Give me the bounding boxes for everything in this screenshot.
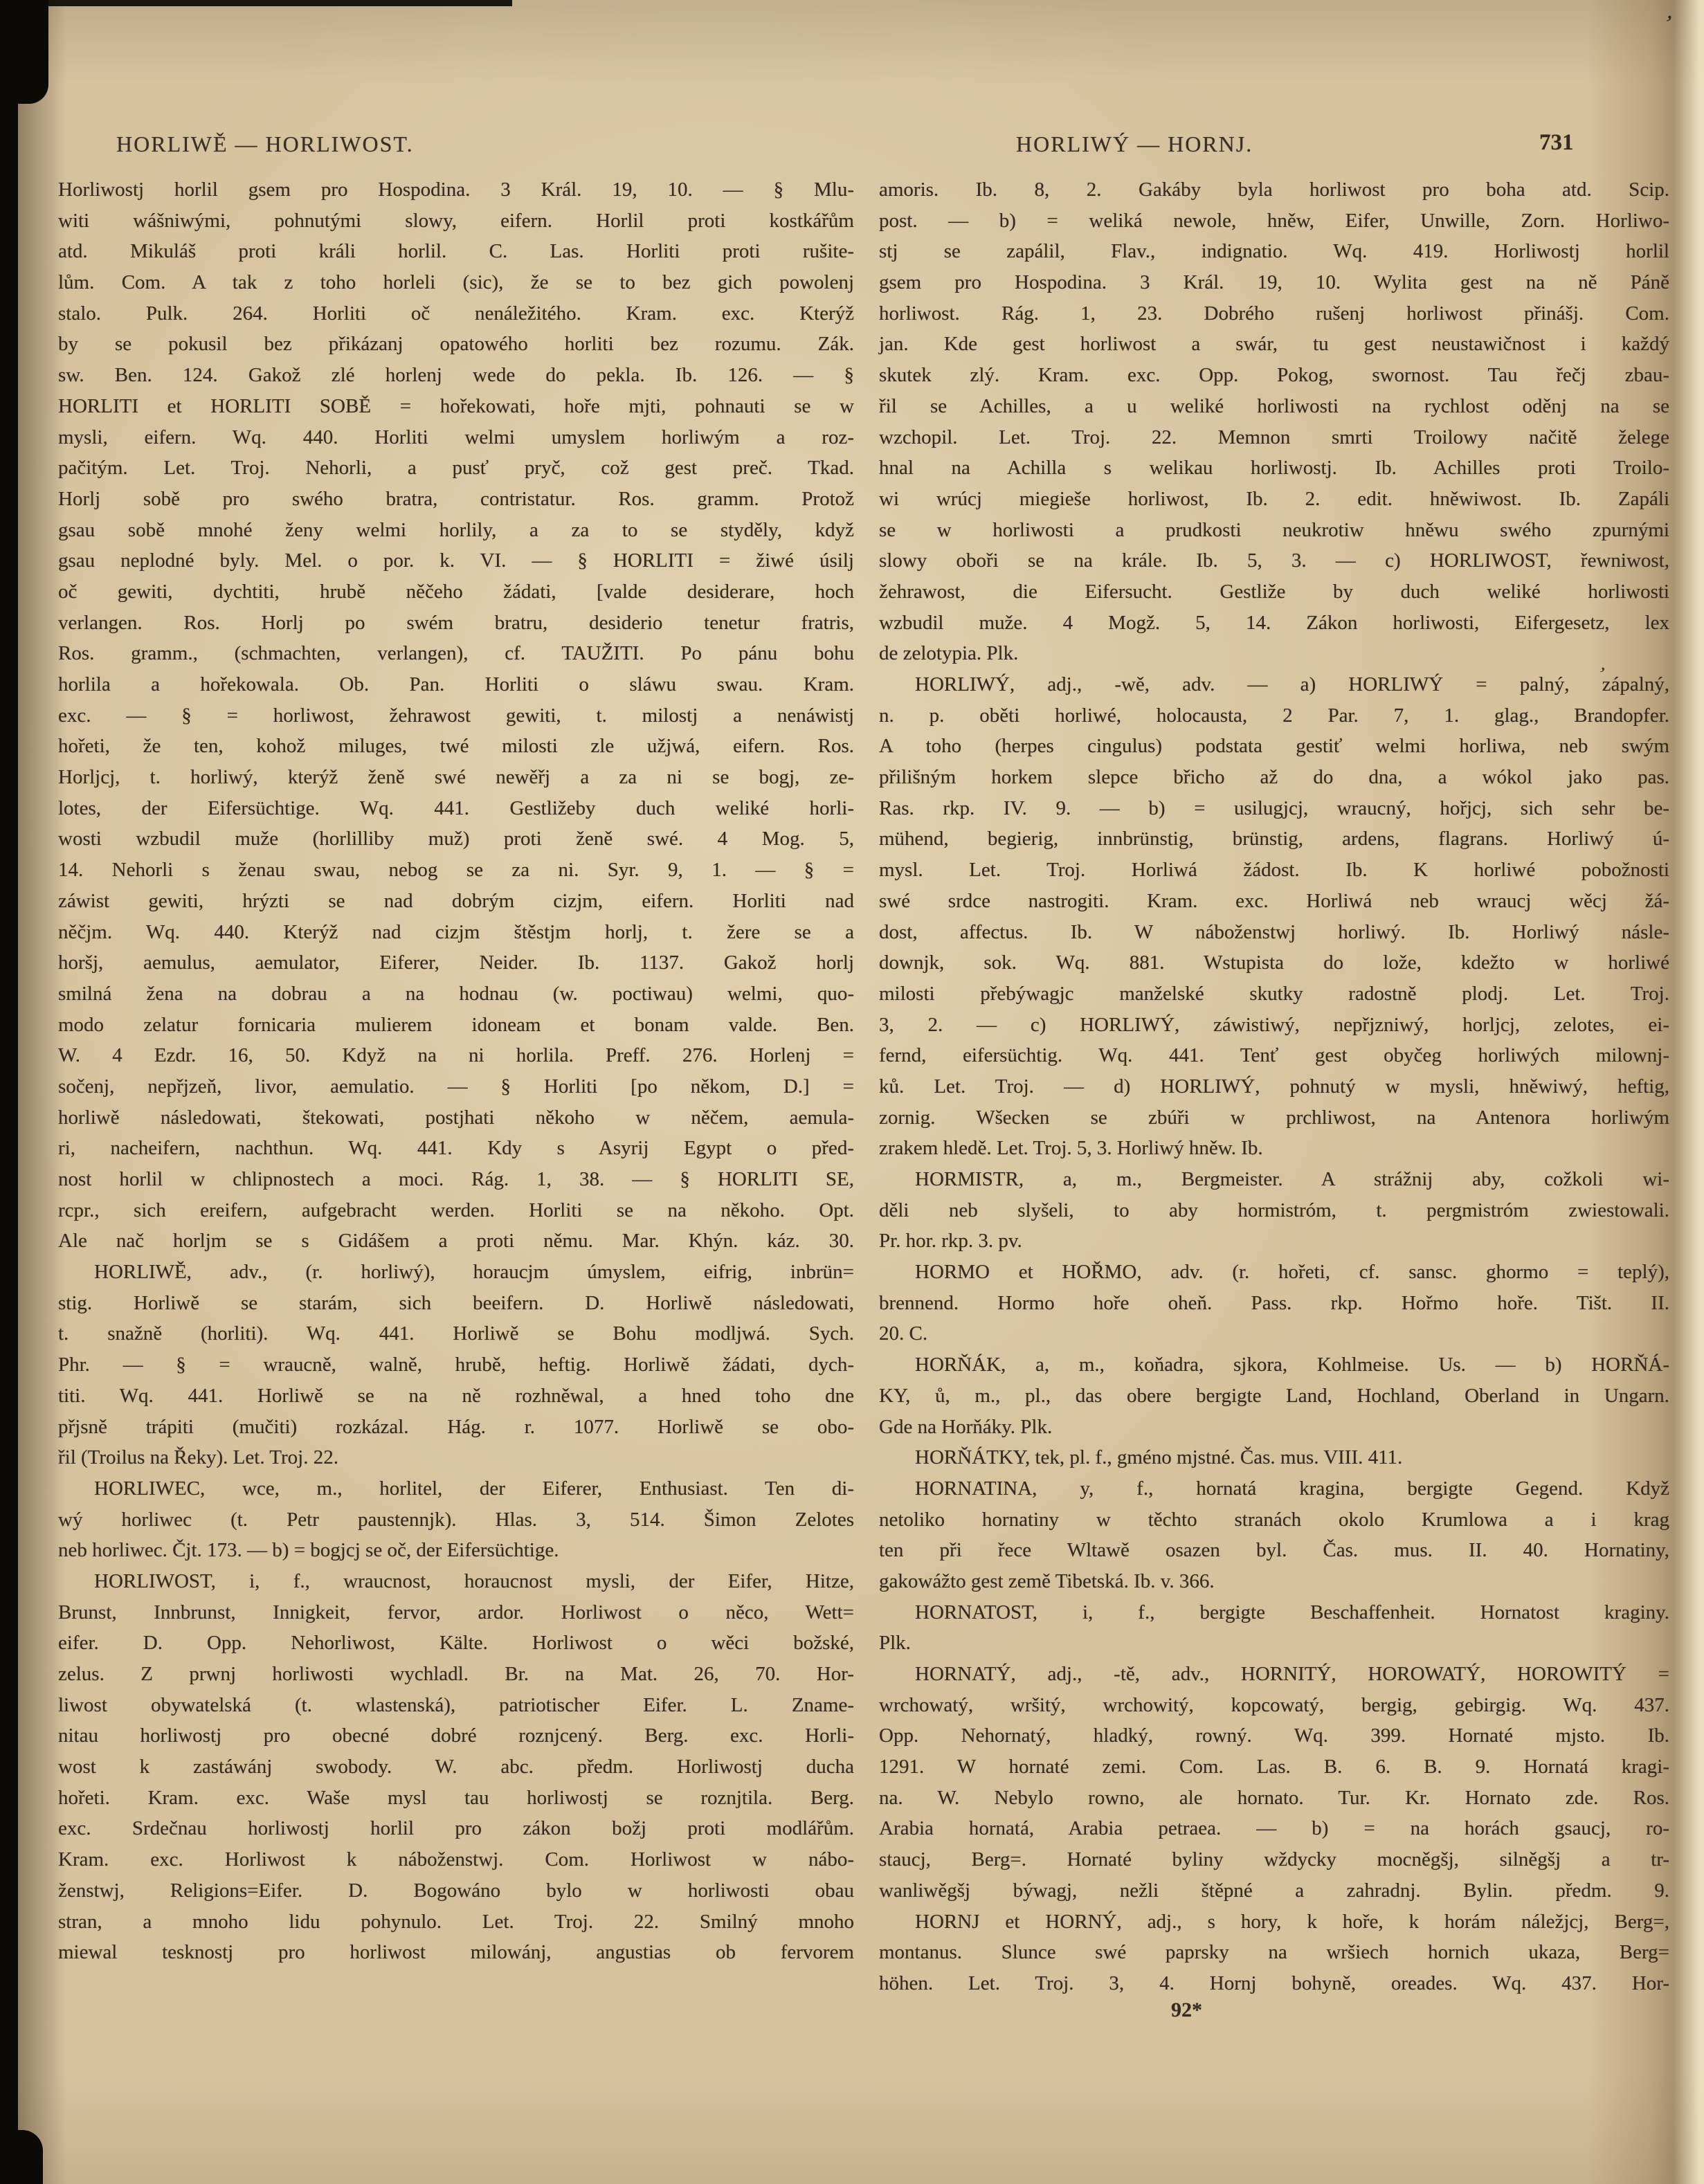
text-line: stran, a mnoho lidu pohynulo. Let. Troj.…	[58, 1907, 854, 1938]
text-line: t. snažně (horliti). Wq. 441. Horliwě se…	[58, 1318, 854, 1349]
text-line: post. — b) = weliká newole, hněw, Eifer,…	[879, 206, 1669, 237]
text-line: skutek zlý. Kram. exc. Opp. Pokog, sworn…	[879, 360, 1669, 391]
text-line: žehrawost, die Eifersucht. Gestliže by d…	[879, 576, 1669, 608]
text-line: höhen. Let. Troj. 3, 4. Hornj bohyně, or…	[879, 1968, 1669, 1999]
text-line: stalo. Pulk. 264. Horliti oč nenáležitéh…	[58, 298, 854, 329]
text-line: Arabia hornatá, Arabia petraea. — b) = n…	[879, 1813, 1669, 1844]
text-line: gakowážto gest země Tibetská. Ib. v. 366…	[879, 1566, 1669, 1597]
text-line: HORLIWÝ, adj., -wě, adv. — a) HORLIWÝ = …	[879, 669, 1669, 700]
text-line: dost, affectus. Ib. W náboženstwj horliw…	[879, 917, 1669, 948]
text-line: přilišným horkem slepce břicho až do dna…	[879, 762, 1669, 793]
text-line: HORLIWOST, i, f., wraucnost, horaucnost …	[58, 1566, 854, 1597]
text-line: wrchowatý, wršitý, wrchowitý, kopcowatý,…	[879, 1690, 1669, 1721]
text-line: řil se Achilles, a u weliké horliwosti n…	[879, 391, 1669, 422]
text-line: Brunst, Innbrunst, Innigkeit, fervor, ar…	[58, 1597, 854, 1628]
text-line: wost k zastáwánj swobody. W. abc. předm.…	[58, 1751, 854, 1783]
text-line: liwost obywatelská (t. wlastenská), patr…	[58, 1690, 854, 1721]
text-line: HORLIWEC, wce, m., horlitel, der Eiferer…	[58, 1473, 854, 1504]
text-line: HORLIWĚ, adv., (r. horliwý), horaucjm úm…	[58, 1257, 854, 1288]
text-line: exc. Srdečnau horliwostj horlil pro záko…	[58, 1813, 854, 1844]
text-line: HORMISTR, a, m., Bergmeister. A strážnij…	[879, 1164, 1669, 1195]
text-line: n. p. oběti horliwé, holocausta, 2 Par. …	[879, 700, 1669, 731]
text-line: Horlj sobě pro swého bratra, contristatu…	[58, 484, 854, 515]
text-line: Opp. Nehornatý, hladký, rowný. Wq. 399. …	[879, 1720, 1669, 1751]
text-line: HORNJ et HORNÝ, adj., s hory, k hoře, k …	[879, 1907, 1669, 1938]
text-line: montanus. Slunce swé paprsky na wršiech …	[879, 1937, 1669, 1968]
text-line: něčjm. Wq. 440. Kterýž nad cizjm štěstjm…	[58, 917, 854, 948]
text-line: se w horliwosti a prudkosti neukrotiw hn…	[879, 515, 1669, 546]
text-line: zelus. Z prwnj horliwosti wychladl. Br. …	[58, 1659, 854, 1690]
text-line: na. W. Nebylo rowno, ale hornato. Tur. K…	[879, 1783, 1669, 1814]
text-line: hořeti. Kram. exc. Waše mysl tau horliwo…	[58, 1783, 854, 1814]
text-line: Ros. gramm., (schmachten, verlangen), cf…	[58, 638, 854, 669]
text-line: A toho (herpes cingulus) podstata gestiť…	[879, 731, 1669, 762]
text-line: HORMO et HOŘMO, adv. (r. hořeti, cf. san…	[879, 1257, 1669, 1288]
scan-strip-top	[0, 0, 512, 6]
running-header-right: HORLIWÝ — HORNJ.	[1016, 131, 1253, 157]
text-line: děli neb slyšeli, to aby hormistróm, t. …	[879, 1195, 1669, 1226]
binding-edge-shadow	[0, 0, 18, 2184]
text-line: amoris. Ib. 8, 2. Gakáby byla horliwost …	[879, 174, 1669, 206]
text-line: hořeti, že ten, kohož miluges, twé milos…	[58, 731, 854, 762]
text-line: jan. Kde gest horliwost a swár, tu gest …	[879, 329, 1669, 360]
scan-corner-top-left	[0, 0, 48, 104]
text-line: Pr. hor. rkp. 3. pv.	[879, 1226, 1669, 1257]
text-line: lotes, der Eifersüchtige. Wq. 441. Gestl…	[58, 793, 854, 824]
text-line: milosti přebýwagjc manželské skutky rado…	[879, 979, 1669, 1010]
text-line: swé srdce nastrogiti. Kram. exc. Horliwá…	[879, 886, 1669, 917]
text-line: 20. C.	[879, 1318, 1669, 1349]
text-line: gsau neplodné byly. Mel. o por. k. VI. —…	[58, 545, 854, 576]
text-line: oč gewiti, dychtiti, hrubě něčeho žádati…	[58, 576, 854, 608]
text-line: nost horlil w chlipnostech a moci. Rág. …	[58, 1164, 854, 1195]
text-line: HORŇÁK, a, m., koňadra, sjkora, Kohlmeis…	[879, 1349, 1669, 1381]
text-line: horliwě následowati, štekowati, postjhat…	[58, 1102, 854, 1134]
text-line: stj se zapálil, Flav., indignatio. Wq. 4…	[879, 236, 1669, 267]
text-line: wi wrúcj miegieše horliwost, Ib. 2. edit…	[879, 484, 1669, 515]
text-line: sočenj, nepřjzeň, livor, aemulatio. — § …	[58, 1071, 854, 1102]
text-line: Horliwostj horlil gsem pro Hospodina. 3 …	[58, 174, 854, 206]
text-line: slowy oboři se na krále. Ib. 5, 3. — c) …	[879, 545, 1669, 576]
text-line: HORLITI et HORLITI SOBĚ = hořekowati, ho…	[58, 391, 854, 422]
text-line: mühend, begierig, innbrünstig, brünstig,…	[879, 823, 1669, 855]
text-line: miewal tesknostj pro horliwost milowánj,…	[58, 1937, 854, 1968]
text-line: KY, ů, m., pl., das obere bergigte Land,…	[879, 1381, 1669, 1412]
text-line: titi. Wq. 441. Horliwě se na ně rozhněwa…	[58, 1381, 854, 1412]
text-line: nitau horliwostj pro obecné dobré roznjc…	[58, 1720, 854, 1751]
text-line: stig. Horliwě se starám, sich beeifern. …	[58, 1288, 854, 1319]
text-line: zrakem hledě. Let. Troj. 5, 3. Horliwý h…	[879, 1133, 1669, 1164]
text-line: brennend. Hormo hoře oheň. Pass. rkp. Ho…	[879, 1288, 1669, 1319]
text-line: Horljcj, t. horliwý, kterýž ženě swé new…	[58, 762, 854, 793]
text-line: horšj, aemulus, aemulator, Eiferer, Neid…	[58, 947, 854, 979]
text-line: HORNATOST, i, f., bergigte Beschaffenhei…	[879, 1597, 1669, 1628]
text-line: smilná žena na dobrau a na hodnau (w. po…	[58, 979, 854, 1010]
text-line: hnal na Achilla s welikau horliwostj. Ib…	[879, 453, 1669, 484]
text-line: verlangen. Ros. Horlj po swém bratru, de…	[58, 608, 854, 639]
text-line: Gde na Horňáky. Plk.	[879, 1412, 1669, 1443]
text-line: exc. — § = horliwost, žehrawost gewiti, …	[58, 700, 854, 731]
dictionary-page: ’ ’ HORLIWĚ — HORLIWOST. HORLIWÝ — HORNJ…	[0, 0, 1704, 2184]
text-line: HORŇÁTKY, tek, pl. f., gméno mjstné. Čas…	[879, 1442, 1669, 1473]
left-column: Horliwostj horlil gsem pro Hospodina. 3 …	[58, 174, 854, 1968]
signature-mark: 92*	[1171, 1999, 1202, 2022]
text-line: de zelotypia. Plk.	[879, 638, 1669, 669]
text-line: ten při řece Wltawě osazen byl. Čas. mus…	[879, 1535, 1669, 1566]
text-line: downjk, sok. Wq. 881. Wstupista do lože,…	[879, 947, 1669, 979]
text-line: neb horliwec. Čjt. 173. — b) = bogjcj se…	[58, 1535, 854, 1566]
text-line: wzbudil muže. 4 Mogž. 5, 14. Zákon horli…	[879, 608, 1669, 639]
text-line: sw. Ben. 124. Gakož zlé horlenj wede do …	[58, 360, 854, 391]
text-line: 1291. W hornaté zemi. Com. Las. B. 6. B.…	[879, 1751, 1669, 1783]
text-line: řil (Troilus na Řeky). Let. Troj. 22.	[58, 1442, 854, 1473]
text-line: wzchopil. Let. Troj. 22. Memnon smrti Tr…	[879, 422, 1669, 453]
page-number: 731	[1539, 130, 1574, 156]
text-line: fernd, eifersüchtig. Wq. 441. Tenť gest …	[879, 1040, 1669, 1071]
text-line: Ale nač horljm se s Gidášem a proti němu…	[58, 1226, 854, 1257]
text-line: netoliko hornatiny w těchto stranách oko…	[879, 1504, 1669, 1536]
text-line: rcpr., sich ereifern, aufgebracht werden…	[58, 1195, 854, 1226]
text-line: zornig. Wšecken se zbúři w prchliwost, n…	[879, 1102, 1669, 1134]
text-line: 3, 2. — c) HORLIWÝ, záwistiwý, nepřjzniw…	[879, 1010, 1669, 1041]
text-line: ženstwj, Religions=Eifer. D. Bogowáno by…	[58, 1875, 854, 1907]
text-line: W. 4 Ezdr. 16, 50. Když na ni horlila. P…	[58, 1040, 854, 1071]
text-line: mysli, eifern. Wq. 440. Horliti welmi um…	[58, 422, 854, 453]
right-column: amoris. Ib. 8, 2. Gakáby byla horliwost …	[879, 174, 1669, 1999]
text-line: atd. Mikuláš proti králi horlil. C. Las.…	[58, 236, 854, 267]
text-line: witi wášniwými, pohnutými slowy, eifern.…	[58, 206, 854, 237]
text-line: Kram. exc. Horliwost k náboženstwj. Com.…	[58, 1844, 854, 1875]
text-line: mysl. Let. Troj. Horliwá žádost. Ib. K h…	[879, 855, 1669, 886]
text-line: ků. Let. Troj. — d) HORLIWÝ, pohnutý w m…	[879, 1071, 1669, 1102]
text-line: 14. Nehorli s ženau swau, nebog se za ni…	[58, 855, 854, 886]
text-line: wosti wzbudil muže (horlilliby muž) prot…	[58, 823, 854, 855]
text-line: ri, nacheifern, nachthun. Wq. 441. Kdy s…	[58, 1133, 854, 1164]
text-line: Ras. rkp. IV. 9. — b) = usilugjcj, wrauc…	[879, 793, 1669, 824]
text-line: Plk.	[879, 1628, 1669, 1659]
text-line: Phr. — § = wraucně, walně, hrubě, heftig…	[58, 1349, 854, 1381]
text-line: by se pokusil bez přikázanj opatowého ho…	[58, 329, 854, 360]
text-line: HORNATINA, y, f., hornatá kragina, bergi…	[879, 1473, 1669, 1504]
text-line: modo zelatur fornicaria mulierem idoneam…	[58, 1010, 854, 1041]
text-line: gsau sobě mnohé ženy welmi horlily, a za…	[58, 515, 854, 546]
running-header-left: HORLIWĚ — HORLIWOST.	[116, 131, 414, 157]
text-line: záwist gewiti, hrýzti se nad dobrým cizj…	[58, 886, 854, 917]
text-line: staucj, Berg=. Hornaté byliny wždycky mo…	[879, 1844, 1669, 1875]
text-line: horliwost. Rág. 1, 23. Dobrého rušenj ho…	[879, 298, 1669, 329]
text-line: eifer. D. Opp. Nehorliwost, Kälte. Horli…	[58, 1628, 854, 1659]
text-line: HORNATÝ, adj., -tě, adv., HORNITÝ, HOROW…	[879, 1659, 1669, 1690]
scan-corner-bottom-left	[0, 2130, 43, 2184]
text-line: horlila a hořekowala. Ob. Pan. Horliti o…	[58, 669, 854, 700]
text-line: přjsně trápiti (mučiti) rozkázal. Hág. r…	[58, 1412, 854, 1443]
text-line: lům. Com. A tak z toho horleli (sic), že…	[58, 267, 854, 298]
text-line: pačitým. Let. Troj. Nehorli, a pusť pryč…	[58, 453, 854, 484]
text-line: wý horliwec (t. Petr paustennjk). Hlas. …	[58, 1504, 854, 1536]
text-line: wanliwěgšj býwagj, nežli štěpné a zahrad…	[879, 1875, 1669, 1907]
text-line: gsem pro Hospodina. 3 Král. 19, 10. Wyli…	[879, 267, 1669, 298]
